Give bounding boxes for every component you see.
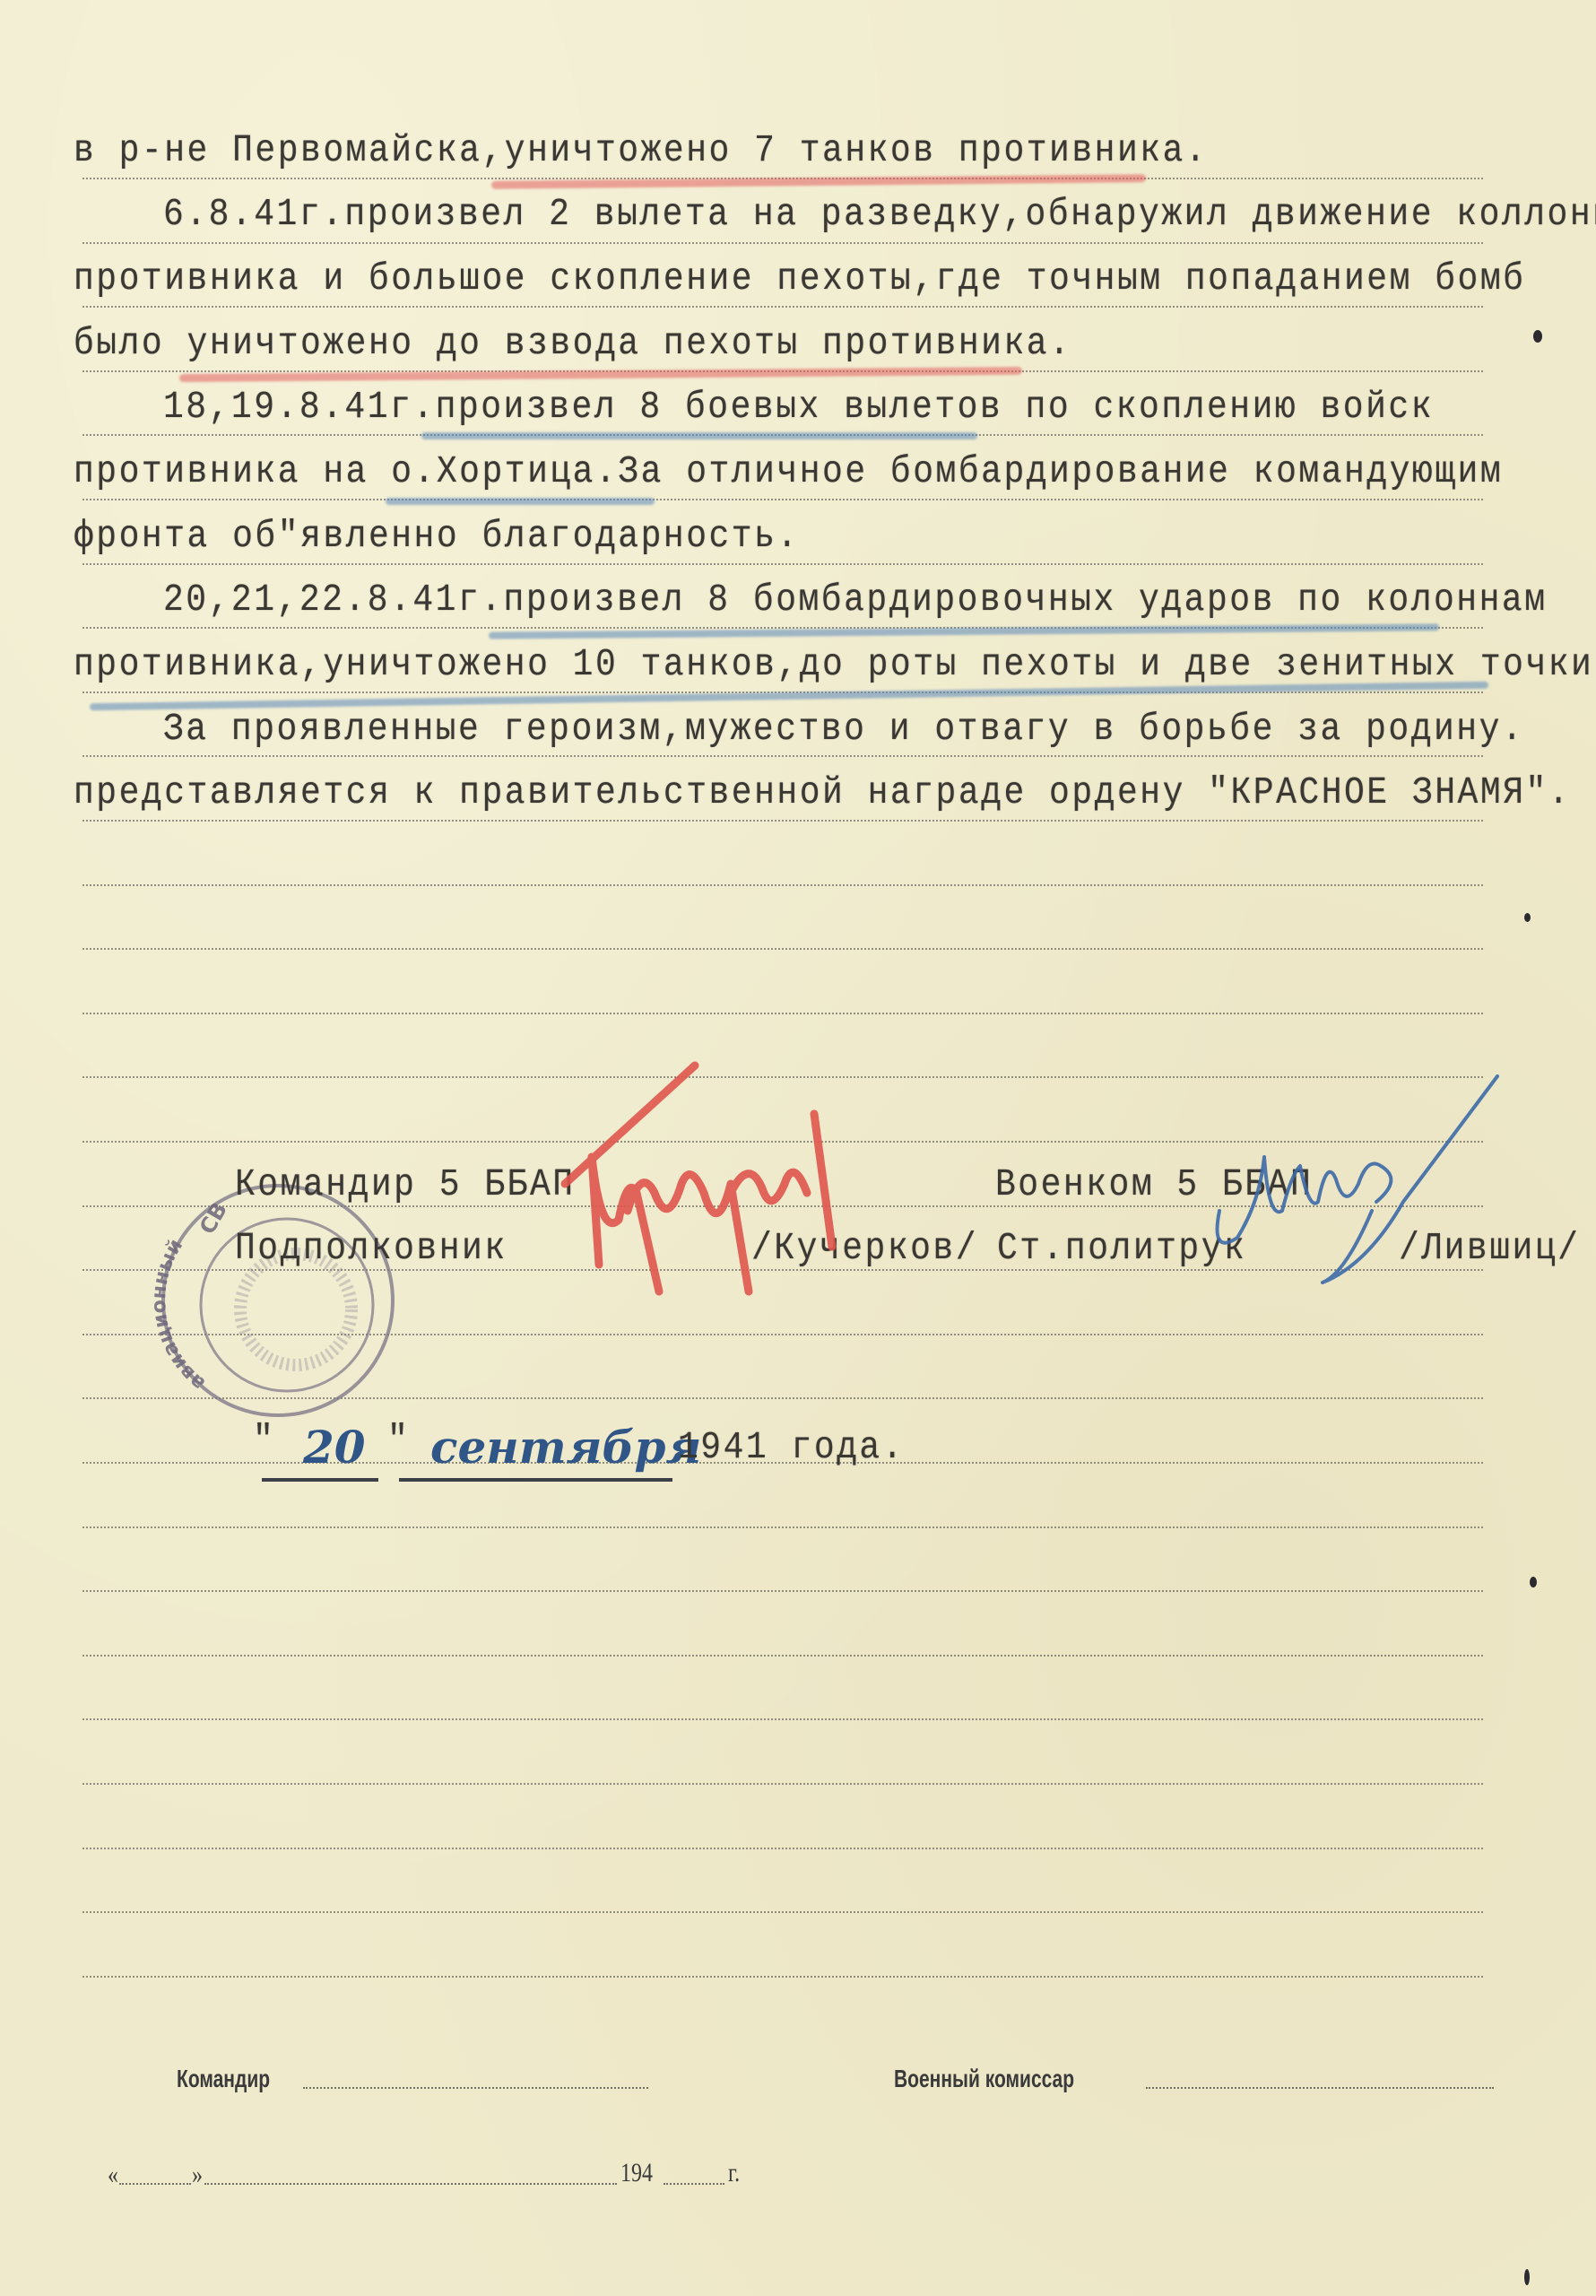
body-line-4: было уничтожено до взвода пехоты противн… <box>74 325 1071 363</box>
ruled-line <box>82 1655 1483 1657</box>
date-close-quote: " <box>387 1422 410 1460</box>
form-commissar-line <box>1146 2087 1494 2089</box>
ruled-line <box>82 948 1483 950</box>
ruled-line <box>82 1526 1483 1528</box>
ink-speck <box>1533 330 1542 343</box>
ruled-line <box>82 1718 1483 1720</box>
military-stamp-icon: авиационный СВ <box>152 1175 403 1426</box>
body-line-3: противника и большое скопление пехоты,гд… <box>74 260 1525 299</box>
date-year: 1941 года. <box>678 1429 905 1467</box>
ruled-line <box>82 1911 1483 1913</box>
date-month: сентября <box>430 1421 701 1474</box>
ruled-line <box>82 563 1483 565</box>
commander-rank: Подполковник <box>235 1230 507 1268</box>
form-date-month-line <box>204 2183 617 2185</box>
body-line-1: в р-не Первомайска,уничтожено 7 танков п… <box>74 132 1208 170</box>
date-day: 20 <box>303 1421 366 1474</box>
ruled-line <box>82 242 1483 244</box>
form-date-day-line <box>119 2183 191 2185</box>
body-line-6: противника на о.Хортица.За отличное бомб… <box>74 453 1503 491</box>
form-year-suffix: г. <box>728 2158 740 2188</box>
date-month-underline <box>399 1478 672 1482</box>
ink-speck <box>1524 2269 1530 2285</box>
form-date-open: « <box>108 2160 118 2190</box>
body-line-10: За проявленные героизм,мужество и отвагу… <box>163 710 1524 749</box>
ruled-line <box>82 1976 1483 1978</box>
form-commissar-label: Военный комиссар <box>894 2065 1074 2093</box>
commissar-rank: Ст.политрук <box>997 1230 1246 1268</box>
commander-title: Командир 5 ББАП <box>235 1166 576 1205</box>
ruled-line <box>82 820 1483 822</box>
body-line-8: 20,21,22.8.41г.произвел 8 бомбардировочн… <box>163 581 1548 620</box>
commissar-signature-icon <box>1210 1067 1506 1291</box>
form-year-line <box>664 2183 724 2185</box>
date-open-quote: " <box>253 1422 275 1460</box>
body-line-2: 6.8.41г.произвел 2 вылета на разведку,об… <box>163 196 1596 234</box>
form-commander-line <box>303 2087 648 2089</box>
ink-speck <box>1524 913 1531 922</box>
body-line-5: 18,19.8.41г.произвел 8 боевых вылетов по… <box>163 388 1434 427</box>
ruled-line <box>82 755 1483 757</box>
form-year-prefix: 194 <box>620 2158 653 2188</box>
body-line-11: представляется к правительственной награ… <box>74 774 1571 813</box>
ruled-line <box>82 1013 1483 1014</box>
stamp-text-top: СВ <box>195 1198 232 1239</box>
ruled-line <box>82 306 1483 308</box>
body-line-9: противника,уничтожено 10 танков,до роты … <box>74 646 1596 684</box>
ruled-line <box>82 1848 1483 1849</box>
blue-underline-2 <box>386 498 655 505</box>
ruled-line <box>82 1590 1483 1592</box>
ruled-line <box>82 499 1483 500</box>
body-line-7: фронта об"явленно благодарность. <box>74 517 800 556</box>
commander-signature-icon <box>538 1058 861 1327</box>
date-day-underline <box>262 1478 378 1482</box>
ruled-line <box>82 1783 1483 1785</box>
ruled-line <box>82 884 1483 886</box>
form-date-close: » <box>192 2160 203 2190</box>
blue-underline-1 <box>421 432 977 439</box>
ink-speck <box>1530 1577 1537 1587</box>
form-commander-label: Командир <box>177 2065 270 2093</box>
